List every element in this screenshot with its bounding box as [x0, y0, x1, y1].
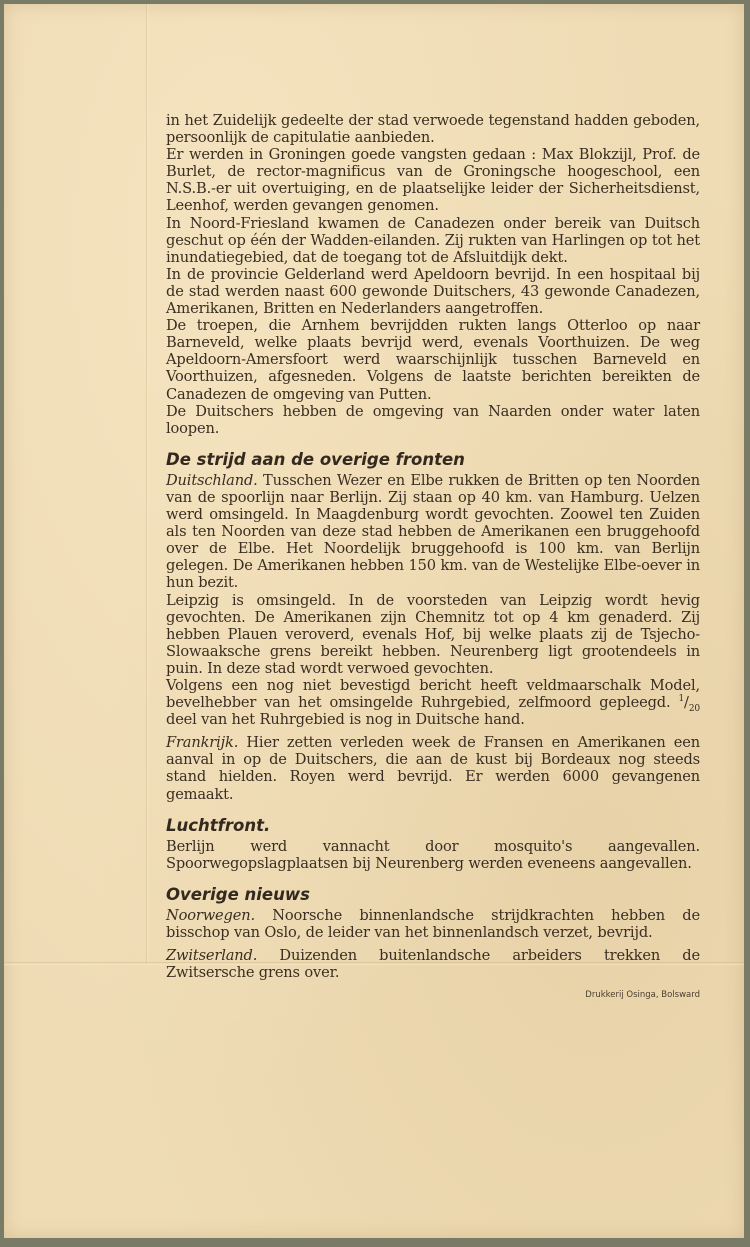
model-text-pre: Volgens een nog niet bevestigd bericht h…	[166, 677, 700, 711]
switzerland-lead: Zwitserland.	[166, 947, 257, 964]
norway-paragraph: Noorwegen. Noorsche binnenlandsche strij…	[166, 907, 700, 941]
germany-paragraph: Duitschland. Tusschen Wezer en Elbe rukk…	[166, 472, 700, 592]
fraction-denominator: 20	[689, 704, 700, 714]
vertical-fold-crease	[146, 4, 149, 964]
germany-lead: Duitschland.	[166, 472, 258, 489]
france-paragraph: Frankrijk. Hier zetten verleden week de …	[166, 734, 700, 802]
article-body: in het Zuidelijk gedeelte der stad verwo…	[166, 112, 700, 1005]
printer-imprint: Drukkerij Osinga, Bolsward	[166, 987, 700, 1004]
france-lead: Frankrijk.	[166, 734, 238, 751]
model-text-post: deel van het Ruhrgebied is nog in Duitsc…	[166, 711, 525, 728]
intro-paragraph: In Noord-Friesland kwamen de Canadezen o…	[166, 215, 700, 266]
france-text: Hier zetten verleden week de Fransen en …	[166, 734, 700, 802]
switzerland-paragraph: Zwitserland. Duizenden buitenlandsche ar…	[166, 947, 700, 981]
germany-paragraph-2: Leipzig is omsingeld. In de voorsteden v…	[166, 592, 700, 677]
section-heading-fronts: De strijd aan de overige fronten	[166, 451, 700, 468]
intro-paragraph: Er werden in Groningen goede vangsten ge…	[166, 146, 700, 214]
intro-paragraph: De Duitschers hebben de omgeving van Naa…	[166, 403, 700, 437]
germany-text-1: Tusschen Wezer en Elbe rukken de Britten…	[166, 472, 700, 592]
air-paragraph: Berlijn werd vannacht door mosquito's aa…	[166, 838, 700, 872]
intro-paragraph: in het Zuidelijk gedeelte der stad verwo…	[166, 112, 700, 146]
intro-paragraph: In de provincie Gelderland werd Apeldoor…	[166, 266, 700, 317]
norway-lead: Noorwegen.	[166, 907, 255, 924]
section-heading-air: Luchtfront.	[166, 817, 700, 834]
germany-paragraph-model: Volgens een nog niet bevestigd bericht h…	[166, 677, 700, 728]
fraction-numerator: 1	[678, 694, 684, 704]
intro-paragraph: De troepen, die Arnhem bevrijdden rukten…	[166, 317, 700, 402]
section-heading-other: Overige nieuws	[166, 886, 700, 903]
